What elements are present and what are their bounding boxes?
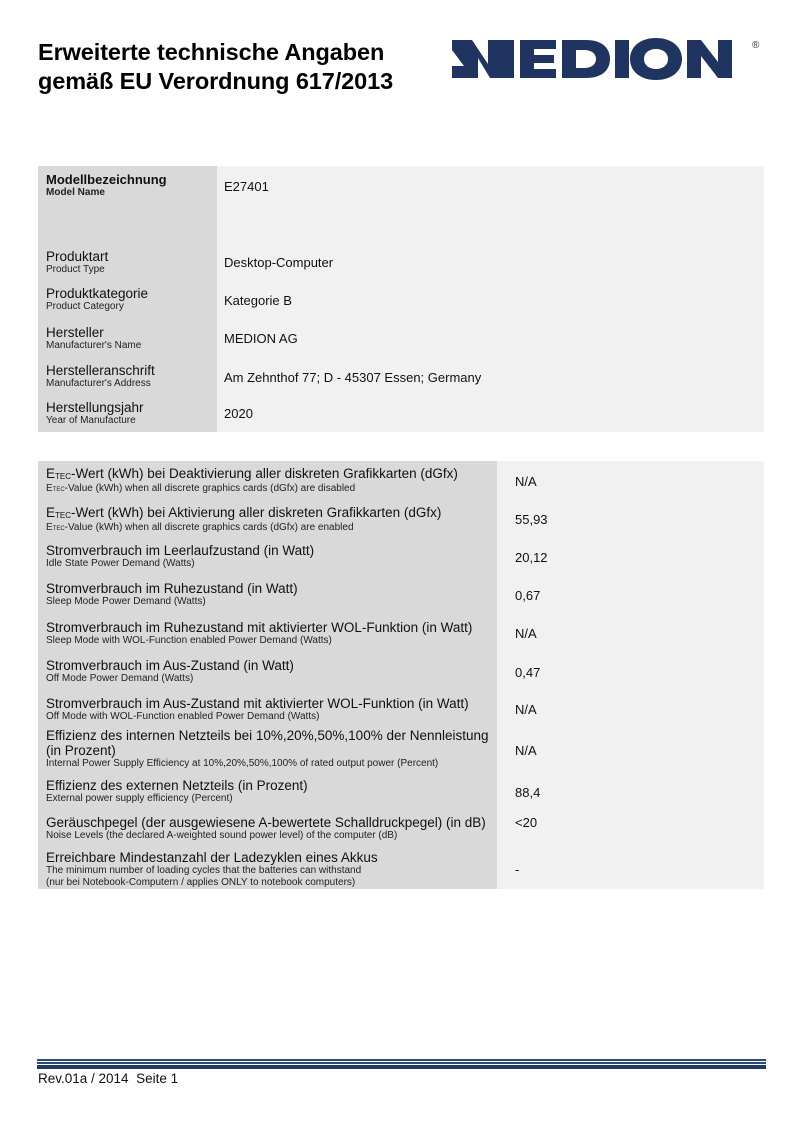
value-etec-dgfx-enabled: 55,93 [515, 512, 548, 527]
value-off-power: 0,47 [515, 665, 540, 680]
footer-divider [37, 1059, 766, 1069]
value-product-category: Kategorie B [224, 293, 292, 308]
label-de: Geräuschpegel (der ausgewiesene A-bewert… [46, 815, 486, 830]
value-etec-dgfx-disabled: N/A [515, 474, 537, 489]
label-en: Noise Levels (the declared A-weighted so… [46, 830, 486, 842]
label-en: Year of Manufacture [46, 415, 144, 427]
value-sleep-wol-power: N/A [515, 626, 537, 641]
value-sleep-power: 0,67 [515, 588, 540, 603]
label-de: Produktkategorie [46, 286, 148, 301]
label-en: Off Mode Power Demand (Watts) [46, 673, 294, 685]
label-en: The minimum number of loading cycles tha… [46, 865, 378, 877]
label-de: ETEC-Wert (kWh) bei Deaktivierung aller … [46, 466, 458, 483]
label-en: Manufacturer's Address [46, 378, 155, 390]
value-battery-cycles: - [515, 862, 519, 877]
value-manufacturer-address: Am Zehnthof 77; D - 45307 Essen; Germany [224, 370, 481, 385]
value-year-of-manufacture: 2020 [224, 406, 253, 421]
label-en: Manufacturer's Name [46, 340, 141, 352]
label-en: External power supply efficiency (Percen… [46, 793, 308, 805]
value-manufacturer-name: MEDION AG [224, 331, 298, 346]
label-de: Stromverbrauch im Aus-Zustand (in Watt) [46, 658, 294, 673]
label-de: Erreichbare Mindestanzahl der Ladezyklen… [46, 850, 378, 865]
value-model-name: E27401 [224, 179, 269, 194]
value-external-psu-efficiency: 88,4 [515, 785, 540, 800]
label-en: ETEC-Value (kWh) when all discrete graph… [46, 522, 441, 535]
label-en: Internal Power Supply Efficiency at 10%,… [46, 758, 489, 770]
label-de: Stromverbrauch im Aus-Zustand mit aktivi… [46, 696, 469, 711]
general-info-table: Modellbezeichnung Model Name E27401 Prod… [38, 166, 764, 432]
label-de: Effizienz des externen Netzteils (in Pro… [46, 778, 308, 793]
value-idle-power: 20,12 [515, 550, 548, 565]
label-de: Produktart [46, 249, 108, 264]
label-de: Hersteller [46, 325, 141, 340]
value-off-wol-power: N/A [515, 702, 537, 717]
label-en: Off Mode with WOL-Function enabled Power… [46, 711, 469, 723]
label-en: Sleep Mode with WOL-Function enabled Pow… [46, 635, 472, 647]
label-en: Model Name [46, 187, 167, 199]
label-en-note: (nur bei Notebook-Computern / applies ON… [46, 877, 378, 889]
label-de-continued: (in Prozent) [46, 743, 489, 758]
label-en: ETEC-Value (kWh) when all discrete graph… [46, 483, 458, 496]
label-de: Effizienz des internen Netzteils bei 10%… [46, 728, 489, 743]
label-de: Herstelleranschrift [46, 363, 155, 378]
label-en: Idle State Power Demand (Watts) [46, 558, 314, 570]
label-de: Stromverbrauch im Ruhezustand (in Watt) [46, 581, 298, 596]
value-product-type: Desktop-Computer [224, 255, 333, 270]
label-de: Herstellungsjahr [46, 400, 144, 415]
label-de: Modellbezeichnung [46, 172, 167, 187]
title-line-1: Erweiterte technische Angaben [38, 38, 393, 67]
title-line-2: gemäß EU Verordnung 617/2013 [38, 67, 393, 96]
label-en: Product Category [46, 301, 148, 313]
document-title: Erweiterte technische Angaben gemäß EU V… [38, 38, 393, 96]
label-de: Stromverbrauch im Leerlaufzustand (in Wa… [46, 543, 314, 558]
label-de: ETEC-Wert (kWh) bei Aktivierung aller di… [46, 505, 441, 522]
medion-logo: ® [450, 36, 770, 82]
label-en: Sleep Mode Power Demand (Watts) [46, 596, 298, 608]
label-en: Product Type [46, 264, 108, 276]
label-de: Stromverbrauch im Ruhezustand mit aktivi… [46, 620, 472, 635]
svg-text:®: ® [752, 40, 760, 51]
value-internal-psu-efficiency: N/A [515, 743, 537, 758]
energy-info-table: ETEC-Wert (kWh) bei Deaktivierung aller … [38, 461, 764, 889]
footer-revision: Rev.01a / 2014 Seite 1 [38, 1071, 178, 1086]
value-noise-level: <20 [515, 815, 537, 830]
